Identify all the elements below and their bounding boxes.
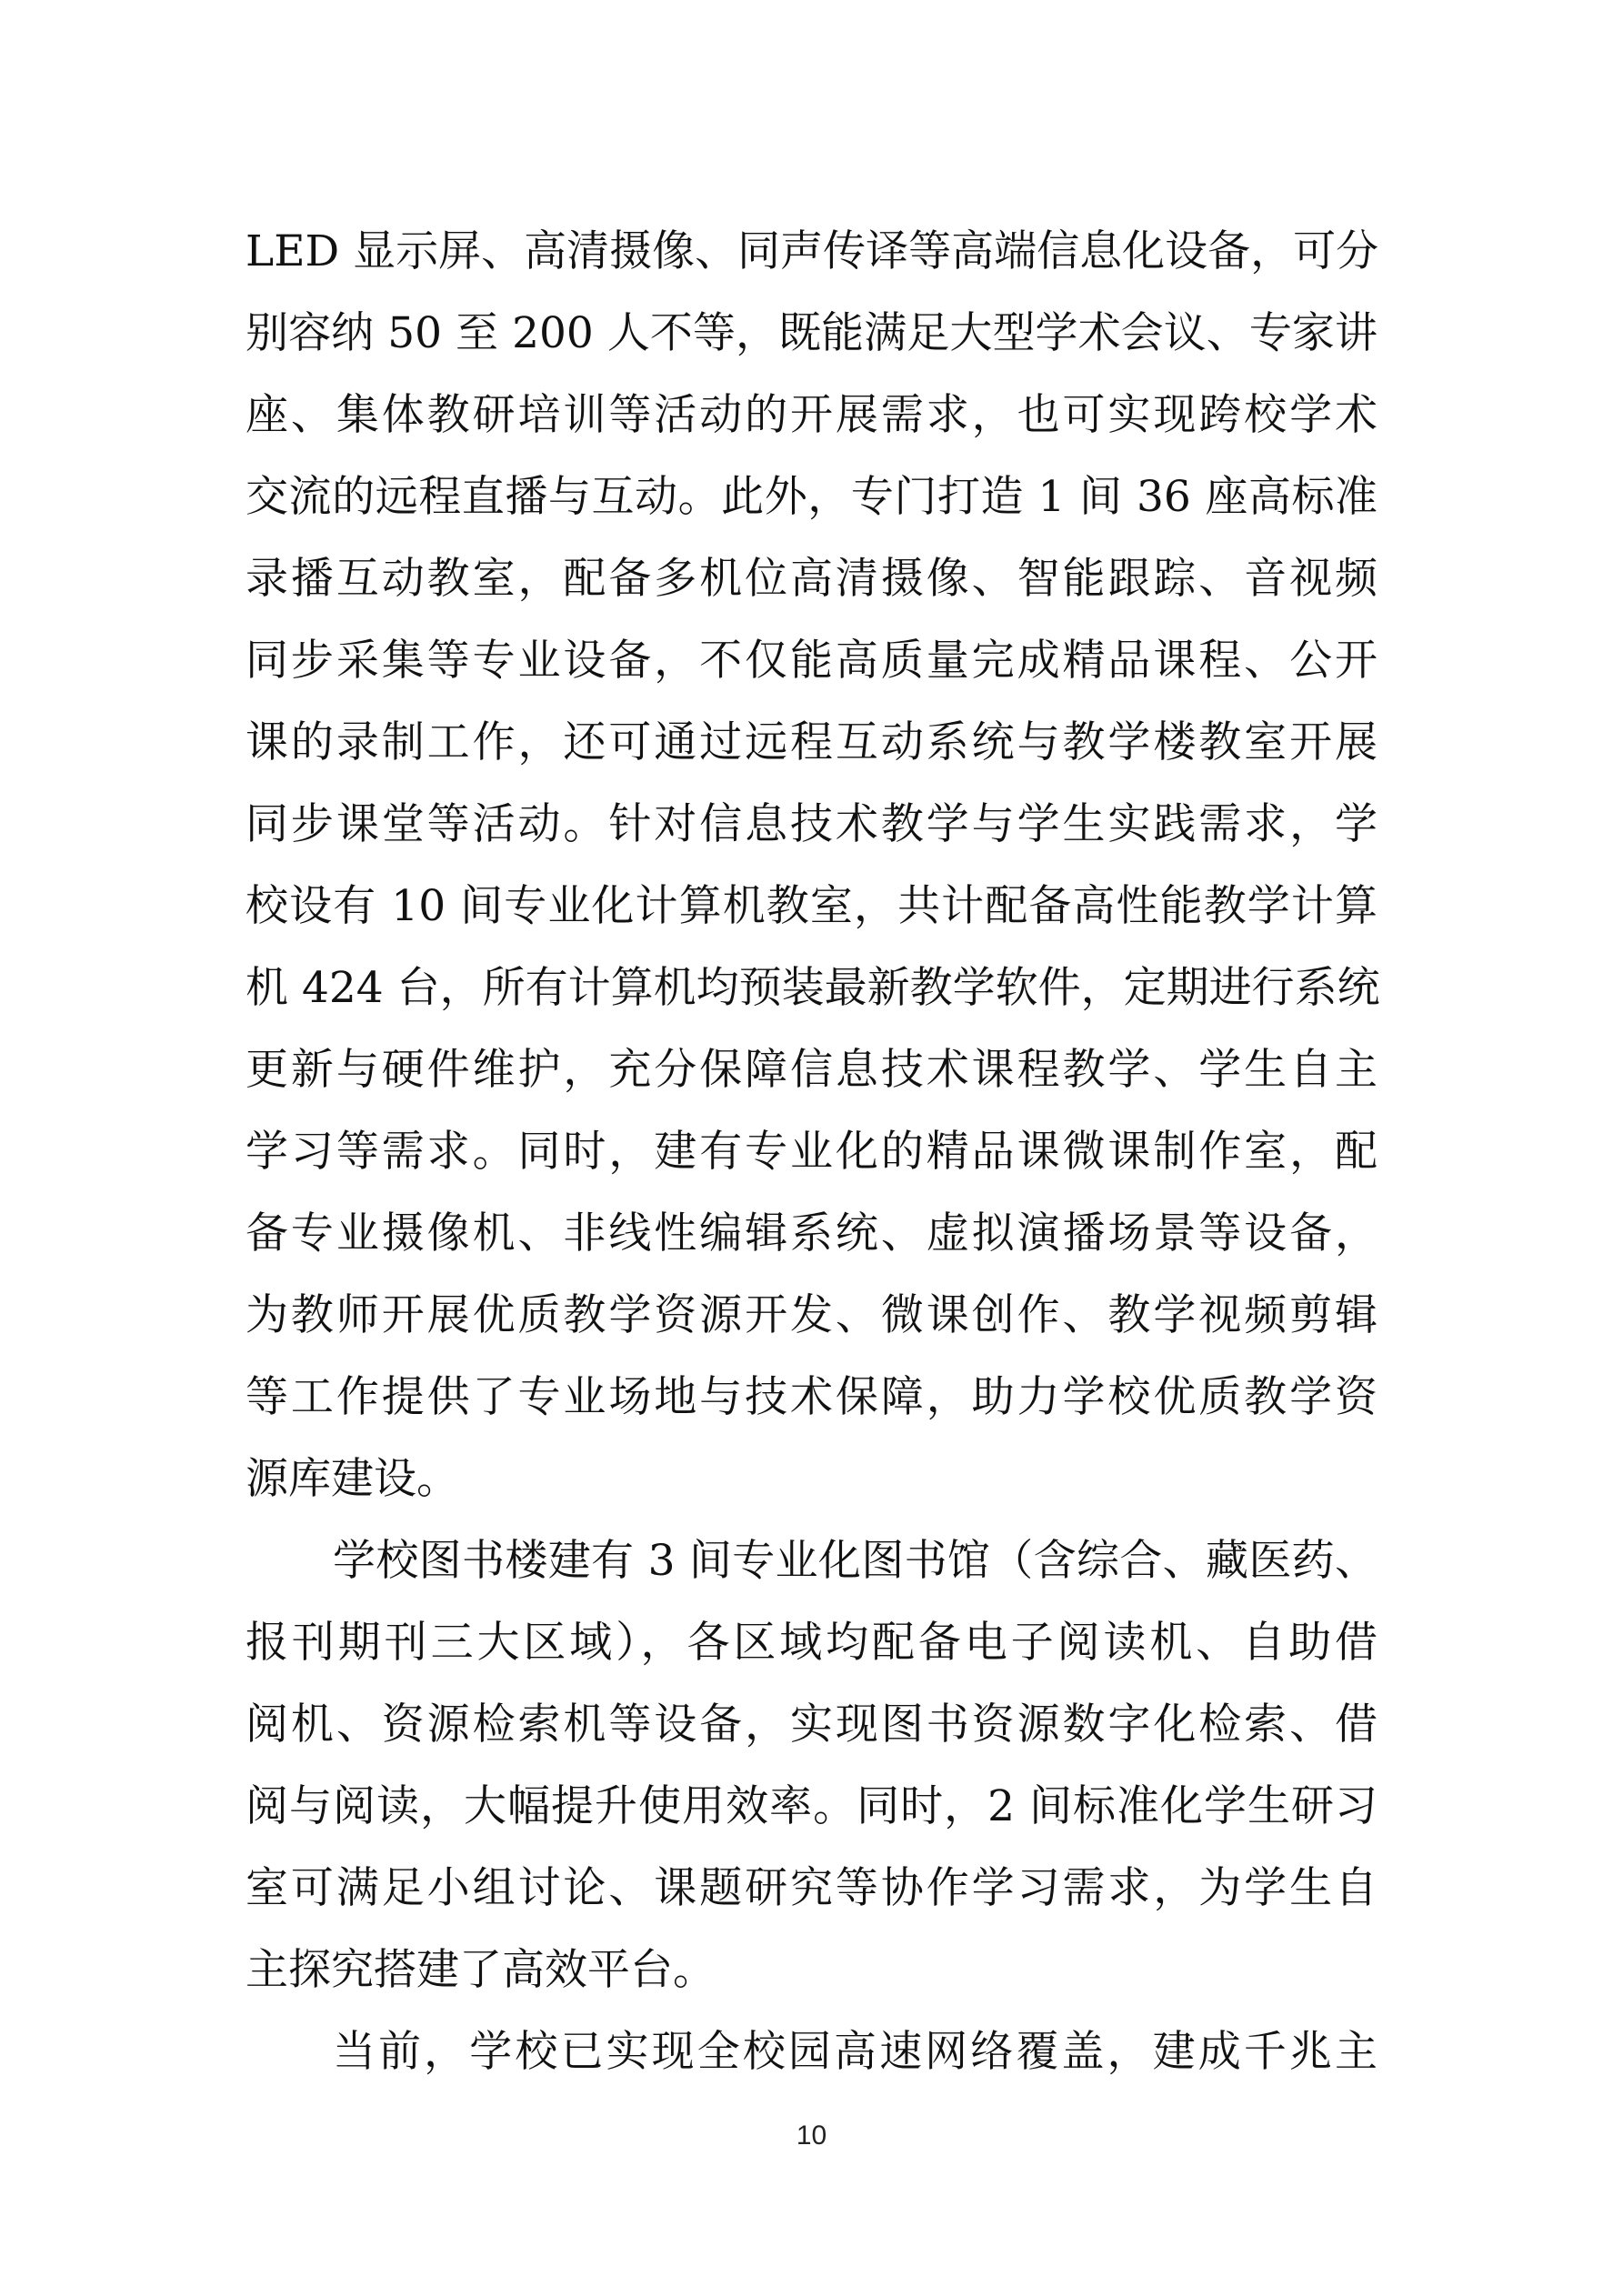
text-line: 学校图书楼建有 3 间专业化图书馆（含综合、藏医药、	[245, 1520, 1378, 1602]
paragraph-2: 学校图书楼建有 3 间专业化图书馆（含综合、藏医药、 报刊期刊三大区域），各区域…	[245, 1520, 1378, 2011]
text-line: 主探究搭建了高效平台。	[245, 1930, 1378, 2011]
text-line: 同步课堂等活动。针对信息技术教学与学生实践需求，学	[245, 784, 1378, 866]
text-line: 录播互动教室，配备多机位高清摄像、智能跟踪、音视频	[245, 538, 1378, 620]
text-line: 当前，学校已实现全校园高速网络覆盖，建成千兆主	[245, 2011, 1378, 2093]
text-line: 备专业摄像机、非线性编辑系统、虚拟演播场景等设备，	[245, 1193, 1378, 1275]
text-line: 别容纳 50 至 200 人不等，既能满足大型学术会议、专家讲	[245, 293, 1378, 375]
paragraph-3: 当前，学校已实现全校园高速网络覆盖，建成千兆主	[245, 2011, 1378, 2093]
text-line: 阅机、资源检索机等设备，实现图书资源数字化检索、借	[245, 1684, 1378, 1766]
text-line: 更新与硬件维护，充分保障信息技术课程教学、学生自主	[245, 1029, 1378, 1111]
text-line: 报刊期刊三大区域），各区域均配备电子阅读机、自助借	[245, 1602, 1378, 1684]
body-text: LED 显示屏、高清摄像、同声传译等高端信息化设备，可分 别容纳 50 至 20…	[245, 211, 1378, 2093]
text-line: 交流的远程直播与互动。此外，专门打造 1 间 36 座高标准	[245, 456, 1378, 538]
text-line: 同步采集等专业设备，不仅能高质量完成精品课程、公开	[245, 620, 1378, 702]
page-number: 10	[0, 2121, 1623, 2151]
paragraph-1: LED 显示屏、高清摄像、同声传译等高端信息化设备，可分 别容纳 50 至 20…	[245, 211, 1378, 1520]
text-line: 为教师开展优质教学资源开发、微课创作、教学视频剪辑	[245, 1275, 1378, 1357]
text-line: 机 424 台，所有计算机均预装最新教学软件，定期进行系统	[245, 947, 1378, 1029]
text-line: 座、集体教研培训等活动的开展需求，也可实现跨校学术	[245, 375, 1378, 456]
text-line: 学习等需求。同时，建有专业化的精品课微课制作室，配	[245, 1111, 1378, 1193]
text-line: 等工作提供了专业场地与技术保障，助力学校优质教学资	[245, 1357, 1378, 1439]
text-line: 室可满足小组讨论、课题研究等协作学习需求，为学生自	[245, 1848, 1378, 1930]
text-line: 校设有 10 间专业化计算机教室，共计配备高性能教学计算	[245, 866, 1378, 947]
text-line: 源库建设。	[245, 1439, 1378, 1520]
document-page: LED 显示屏、高清摄像、同声传译等高端信息化设备，可分 别容纳 50 至 20…	[0, 0, 1623, 2296]
text-line: LED 显示屏、高清摄像、同声传译等高端信息化设备，可分	[245, 211, 1378, 293]
text-line: 课的录制工作，还可通过远程互动系统与教学楼教室开展	[245, 702, 1378, 784]
text-line: 阅与阅读，大幅提升使用效率。同时，2 间标准化学生研习	[245, 1766, 1378, 1848]
